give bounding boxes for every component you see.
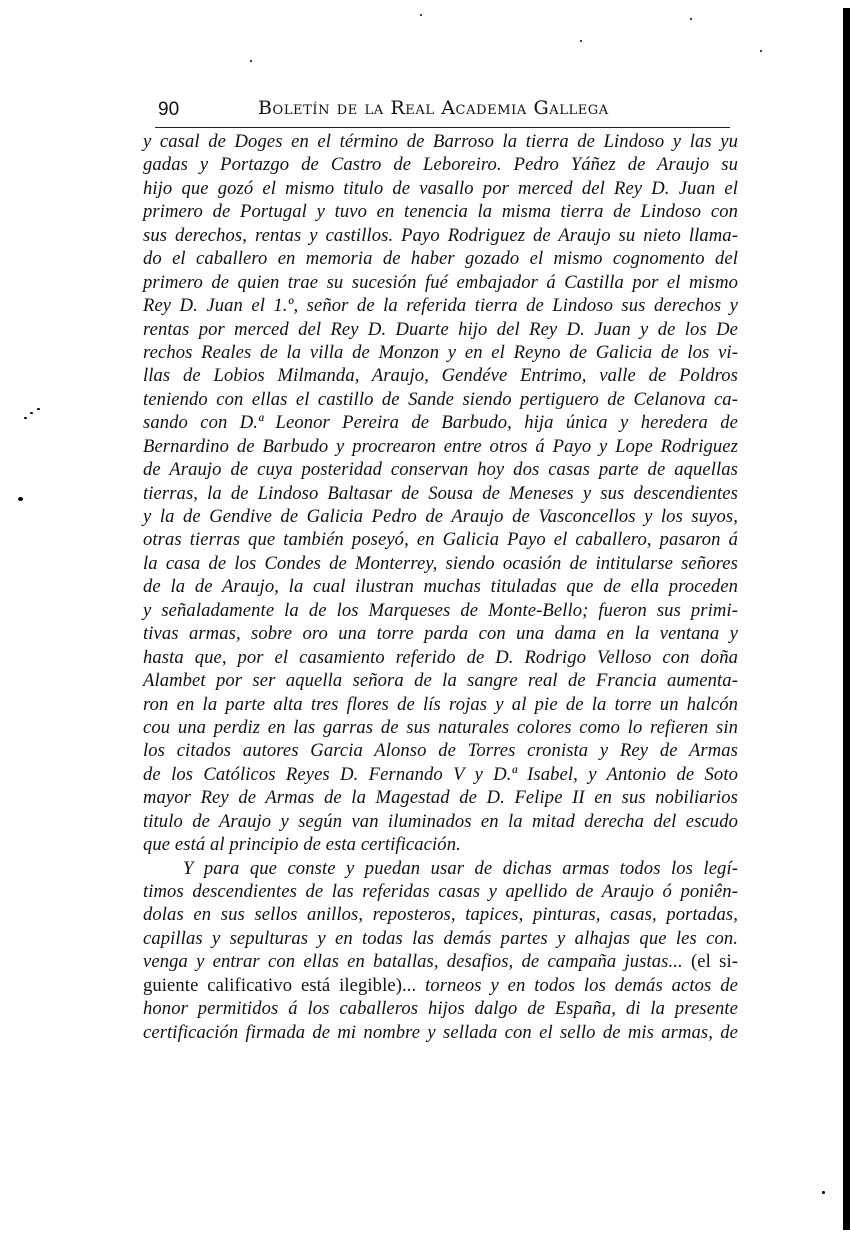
text-line: llas de Lobios Milmanda, Araujo, Gendéve…	[143, 364, 738, 387]
text-line: de la de Araujo, la cual ilustran muchas…	[143, 575, 738, 598]
scan-speck	[760, 50, 762, 52]
scan-speck	[822, 1191, 825, 1194]
text-line: do el caballero en memoria de haber goza…	[143, 247, 738, 270]
header-rule	[155, 127, 730, 128]
text-line: Alambet por ser aquella señora de la san…	[143, 669, 738, 692]
scan-speck	[37, 408, 40, 410]
text-line: Y para que conste y puedan usar de dicha…	[143, 857, 738, 880]
italic-segment: venga y entrar con ellas en batallas, de…	[143, 951, 683, 972]
text-line: tivas armas, sobre oro una torre parda c…	[143, 622, 738, 645]
scan-speck	[24, 417, 27, 419]
text-line: y la de Gendive de Galicia Pedro de Arau…	[143, 505, 738, 528]
text-line: hijo que gozó el mismo titulo de vasallo…	[143, 177, 738, 200]
text-line: de Araujo de cuya posteridad conservan h…	[143, 458, 738, 481]
editorial-note-segment: (el si-	[691, 951, 738, 972]
text-line: rechos Reales de la villa de Monzon y en…	[143, 341, 738, 364]
text-line: Bernardino de Barbudo y procrearon entre…	[143, 435, 738, 458]
running-title: Boletín de la Real Academia Gallega	[258, 97, 609, 119]
text-line: ron en la parte alta tres flores de lís …	[143, 693, 738, 716]
scan-speck	[420, 14, 422, 16]
running-header: 90 Boletín de la Real Academia Gallega	[150, 97, 735, 125]
text-line: honor permitidos á los caballeros hijos …	[143, 997, 738, 1020]
text-line: titulo de Araujo y según van iluminados …	[143, 810, 738, 833]
text-line-mixed: venga y entrar con ellas en batallas, de…	[143, 950, 738, 973]
text-line: los citados autores Garcia Alonso de Tor…	[143, 739, 738, 762]
text-line-mixed: guiente calificativo está ilegible)... t…	[143, 974, 738, 997]
text-line: de los Católicos Reyes D. Fernando V y D…	[143, 763, 738, 786]
paragraph-1: y casal de Doges en el término de Barros…	[143, 130, 738, 857]
text-line: mayor Rey de Armas de la Magestad de D. …	[143, 786, 738, 809]
text-line: dolas en sus sellos anillos, reposteros,…	[143, 903, 738, 926]
scan-speck	[690, 18, 692, 20]
text-line: sus derechos, rentas y castillos. Payo R…	[143, 224, 738, 247]
page-number: 90	[158, 99, 179, 121]
text-line: teniendo con ellas el castillo de Sande …	[143, 388, 738, 411]
text-line: rentas por merced del Rey D. Duarte hijo…	[143, 318, 738, 341]
text-line: que está al principio de esta certificac…	[143, 833, 738, 856]
text-line: capillas y sepulturas y en todas las dem…	[143, 927, 738, 950]
text-line: hasta que, por el casamiento referido de…	[143, 646, 738, 669]
scan-speck	[18, 497, 23, 501]
text-line: otras tierras que también poseyó, en Gal…	[143, 528, 738, 551]
scan-speck	[250, 60, 252, 62]
editorial-note-segment: guiente calificativo está ilegible)...	[143, 975, 416, 996]
text-line: la casa de los Condes de Monterrey, sien…	[143, 552, 738, 575]
document-body: y casal de Doges en el término de Barros…	[143, 130, 738, 1044]
italic-segment: torneos y en todos los demás actos de	[425, 975, 738, 996]
text-line: primero de quien trae su sucesión fué em…	[143, 271, 738, 294]
scan-speck	[30, 412, 33, 414]
text-line: tierras, la de Lindoso Baltasar de Sousa…	[143, 482, 738, 505]
text-line: certificación firmada de mi nombre y sel…	[143, 1021, 738, 1044]
paragraph-2: Y para que conste y puedan usar de dicha…	[143, 857, 738, 1045]
text-line: y señaladamente la de los Marqueses de M…	[143, 599, 738, 622]
scan-speck	[580, 40, 582, 42]
text-line: primero de Portugal y tuvo en tenencia l…	[143, 200, 738, 223]
text-line: cou una perdiz en las garras de sus natu…	[143, 716, 738, 739]
text-line: y casal de Doges en el término de Barros…	[143, 130, 738, 153]
text-line: gadas y Portazgo de Castro de Leboreiro.…	[143, 153, 738, 176]
scan-edge-shadow	[843, 8, 850, 1230]
text-line: timos descendientes de las referidas cas…	[143, 880, 738, 903]
text-line: Rey D. Juan el 1.º, señor de la referida…	[143, 294, 738, 317]
text-line: sando con D.ª Leonor Pereira de Barbudo,…	[143, 411, 738, 434]
